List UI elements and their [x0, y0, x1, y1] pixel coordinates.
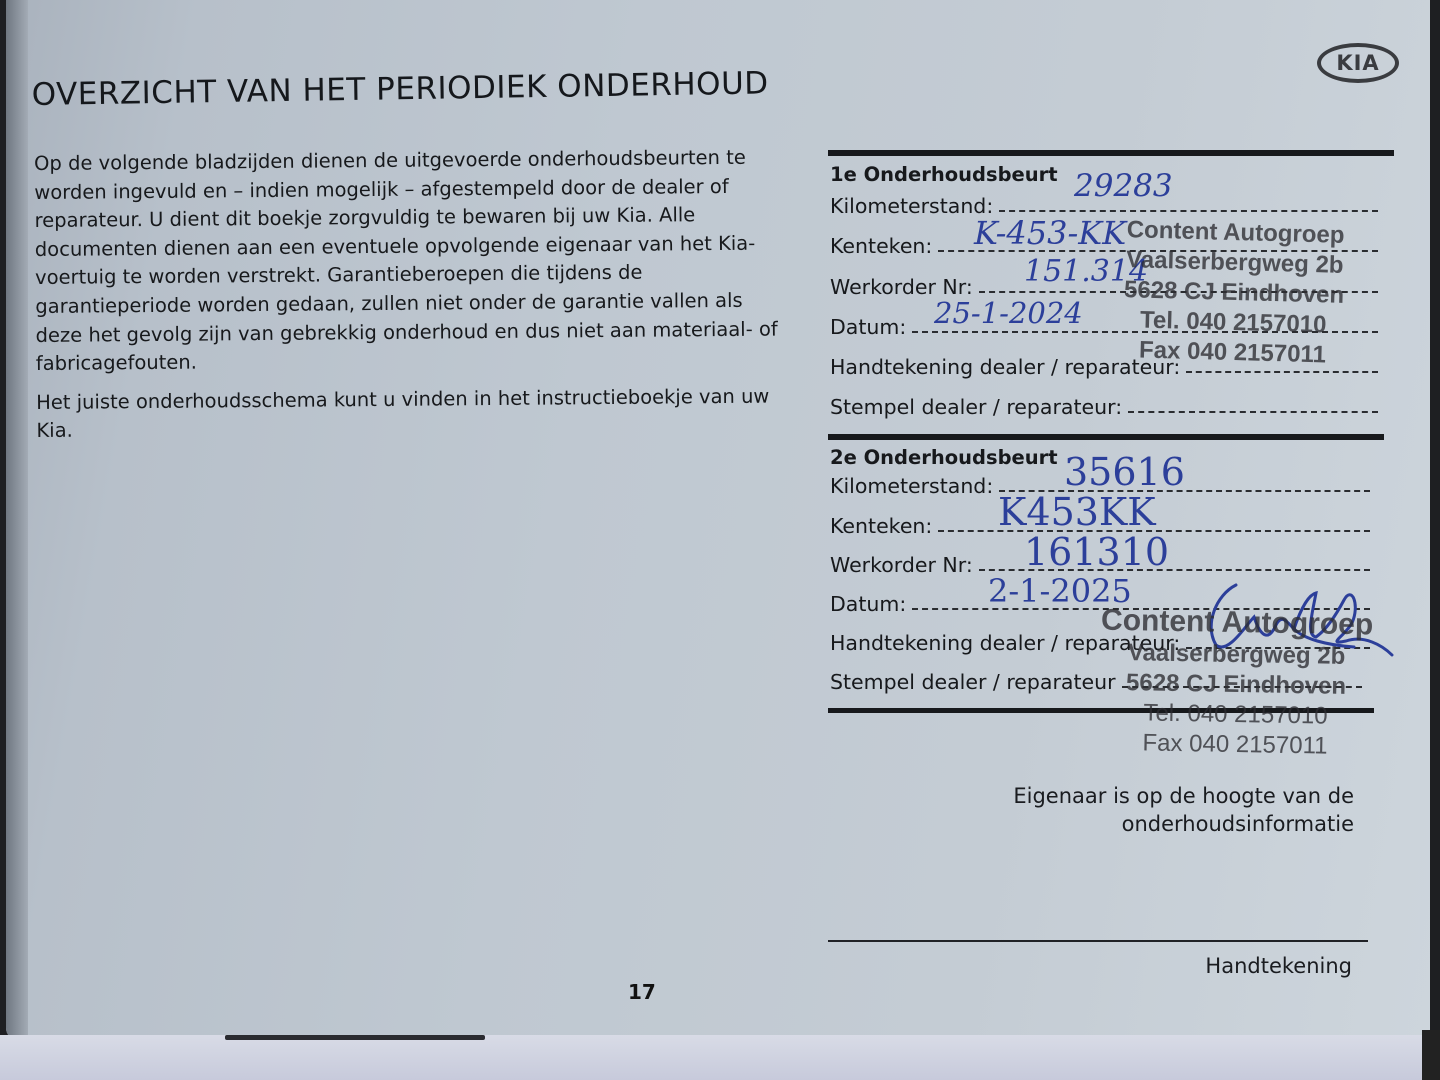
booklet-page: OVERZICHT VAN HET PERIODIEK ONDERHOUD KI…: [6, 0, 1430, 1040]
service-2-title: 2e Onderhoudsbeurt: [830, 446, 1058, 469]
section-divider: [828, 150, 1394, 156]
intro-text: Op de volgende bladzijden dienen de uitg…: [34, 143, 797, 456]
service-1-date-value: 25-1-2024: [934, 296, 1083, 330]
stamp-line: Fax 040 2157011: [1122, 335, 1343, 371]
mileage-label: Kilometerstand:: [830, 474, 993, 498]
service-1-mileage-value: 29283: [1074, 168, 1173, 204]
stamp-label: Stempel dealer / reparateur: [830, 670, 1116, 694]
kia-logo-text: KIA: [1336, 51, 1379, 75]
service-2-dealer-stamp: Content Autogroep Vaalserbergweg 2b 5628…: [1099, 604, 1374, 763]
mileage-label: Kilometerstand:: [830, 194, 993, 218]
stamp-line: Tel. 040 2157010: [1099, 698, 1372, 733]
fill-line: [1186, 371, 1378, 373]
page-edge-shadow: [225, 1035, 485, 1040]
kia-logo-icon: KIA: [1317, 43, 1399, 83]
plate-label: Kenteken:: [830, 514, 932, 538]
plate-label: Kenteken:: [830, 234, 932, 258]
service-1-dealer-stamp: Content Autogroep Vaalserbergweg 2b 5628…: [1122, 215, 1346, 371]
page-number: 17: [628, 980, 656, 1004]
service-2-plate-value: K453KK: [998, 490, 1156, 534]
service-1-title: 1e Onderhoudsbeurt: [830, 163, 1058, 186]
service-2-work-order-value: 161310: [1024, 530, 1169, 574]
fill-line: [999, 210, 1378, 212]
date-label: Datum:: [830, 315, 906, 339]
intro-paragraph-1: Op de volgende bladzijden dienen de uitg…: [34, 143, 796, 378]
owner-signature-label: Handtekening: [1205, 954, 1352, 978]
owner-note-line-2: onderhoudsinformatie: [1013, 810, 1354, 838]
owner-acknowledgement: Eigenaar is op de hoogte van de onderhou…: [1013, 782, 1354, 838]
owner-note-line-1: Eigenaar is op de hoogte van de: [1013, 782, 1354, 810]
intro-paragraph-2: Het juiste onderhoudsschema kunt u vinde…: [36, 382, 796, 446]
service-1-stamp-field[interactable]: Stempel dealer / reparateur:: [830, 391, 1378, 419]
stamp-line: 5628 CJ Eindhoven: [1100, 668, 1373, 703]
underlying-page: [0, 1035, 1440, 1080]
work-order-label: Werkorder Nr:: [830, 553, 973, 577]
background-edge: [1422, 1030, 1440, 1080]
section-divider: [828, 434, 1384, 440]
service-1-plate-value: K-453-KK: [974, 214, 1126, 252]
stamp-label: Stempel dealer / reparateur:: [830, 395, 1122, 419]
stamp-line: Content Autogroep: [1101, 604, 1374, 643]
service-2-mileage-value: 35616: [1064, 450, 1185, 494]
date-label: Datum:: [830, 592, 906, 616]
owner-signature-line[interactable]: [828, 940, 1368, 942]
stamp-line: Fax 040 2157011: [1099, 728, 1372, 763]
stamp-line: Vaalserbergweg 2b: [1100, 638, 1373, 673]
page-title: OVERZICHT VAN HET PERIODIEK ONDERHOUD: [31, 65, 768, 113]
fill-line: [1128, 411, 1378, 413]
